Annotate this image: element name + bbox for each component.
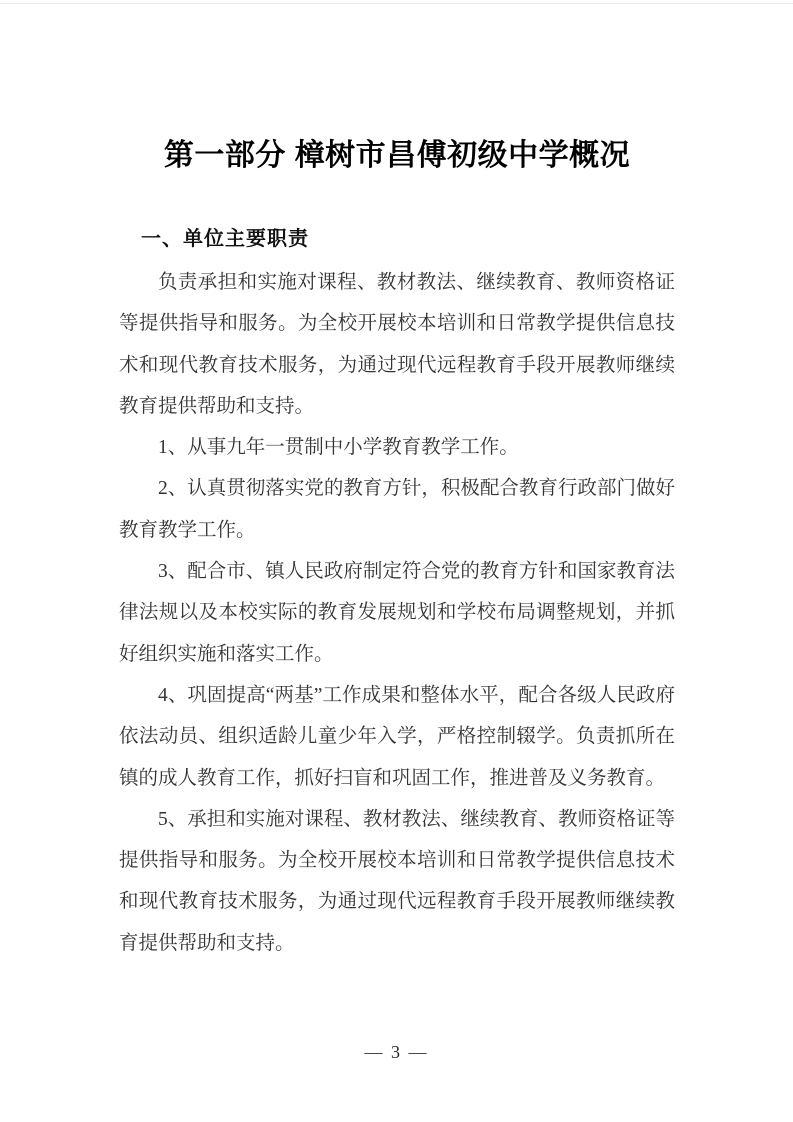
paragraph-item-2: 2、认真贯彻落实党的教育方针，积极配合教育行政部门做好教育教学工作。 xyxy=(119,468,675,551)
paragraph-item-3: 3、配合市、镇人民政府制定符合党的教育方针和国家教育法律法规以及本校实际的教育发… xyxy=(119,551,675,675)
paragraph-item-1: 1、从事九年一贯制中小学教育教学工作。 xyxy=(119,427,675,468)
page-top-edge-line xyxy=(0,3,793,4)
document-title: 第一部分 樟树市昌傅初级中学概况 xyxy=(119,132,675,180)
section-heading: 一、单位主要职责 xyxy=(119,219,675,259)
paragraph-item-4: 4、巩固提高“两基”工作成果和整体水平，配合各级人民政府依法动员、组织适龄儿童少… xyxy=(119,675,675,799)
document-page: 第一部分 樟树市昌傅初级中学概况 一、单位主要职责 负责承担和实施对课程、教材教… xyxy=(0,0,793,1122)
paragraph-item-5: 5、承担和实施对课程、教材教法、继续教育、教师资格证等提供指导和服务。为全校开展… xyxy=(119,799,675,964)
paragraph-intro: 负责承担和实施对课程、教材教法、继续教育、教师资格证等提供指导和服务。为全校开展… xyxy=(119,262,675,427)
page-number: — 3 — xyxy=(0,1038,793,1066)
document-body: 负责承担和实施对课程、教材教法、继续教育、教师资格证等提供指导和服务。为全校开展… xyxy=(119,262,675,964)
